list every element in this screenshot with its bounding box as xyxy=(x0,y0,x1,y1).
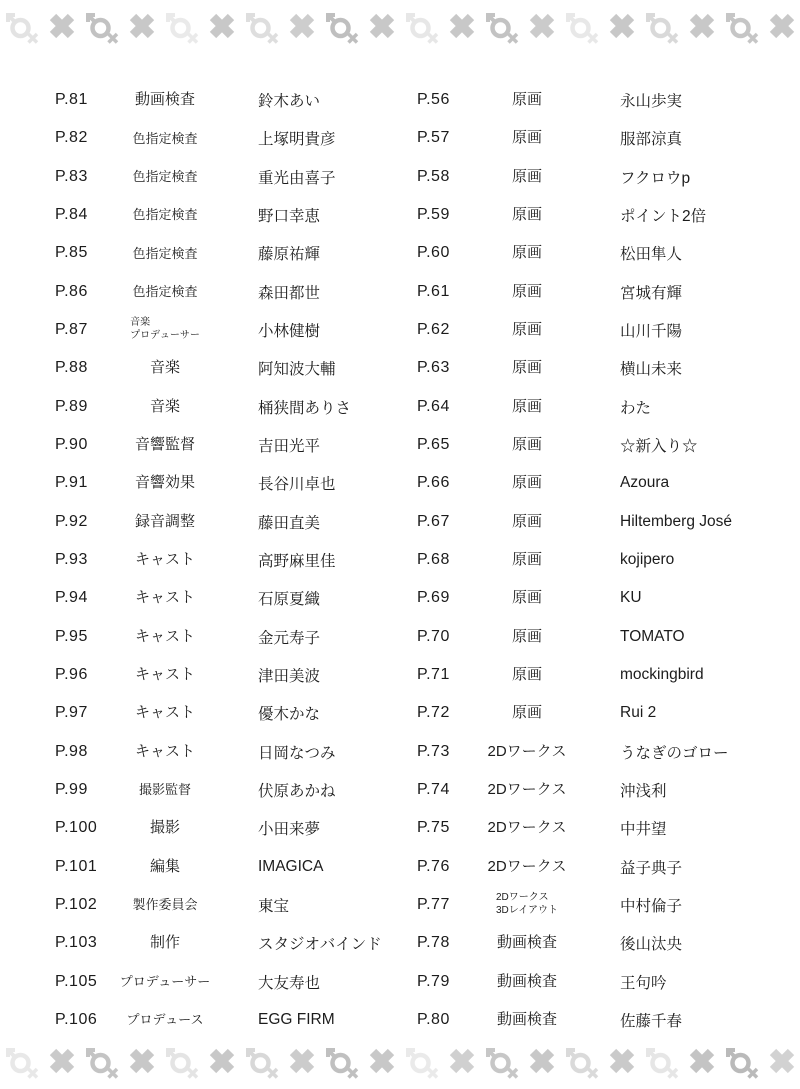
role-label: 編集 xyxy=(150,858,180,876)
role-cell: 音楽 xyxy=(117,398,213,416)
gender-symbol-icon xyxy=(2,5,42,47)
gender-symbol-icon xyxy=(402,5,442,47)
role-cell: 原画 xyxy=(479,666,575,684)
role-label: 2Dワークス xyxy=(487,858,566,876)
role-label: 色指定検査 xyxy=(132,246,197,262)
page-number: P.100 xyxy=(55,819,117,837)
credit-row: P.101編集IMAGICA xyxy=(55,855,395,879)
role-label: プロデューサー xyxy=(120,974,211,990)
role-cell: キャスト xyxy=(117,743,213,761)
role-cell: 原画 xyxy=(479,283,575,301)
credit-row: P.106プロデュースEGG FIRM xyxy=(55,1008,395,1032)
role-cell: 原画 xyxy=(479,321,575,339)
credit-row: P.88音楽阿知波大輔 xyxy=(55,356,395,380)
credit-row: P.63原画横山未来 xyxy=(417,356,782,380)
role-cell: 色指定検査 xyxy=(117,246,213,262)
role-label: 2Dワークス xyxy=(487,743,566,761)
role-label: 制作 xyxy=(150,934,180,952)
credit-name: 森田都世 xyxy=(213,281,320,303)
role-label: 原画 xyxy=(512,168,542,186)
role-label: 原画 xyxy=(512,398,542,416)
credit-name: 山川千陽 xyxy=(575,319,682,341)
page-number: P.68 xyxy=(417,551,479,569)
gender-symbol-icon xyxy=(562,5,602,47)
credit-name: 長谷川卓也 xyxy=(213,472,336,494)
credit-name: わた xyxy=(575,396,651,418)
credit-row: P.102製作委員会東宝 xyxy=(55,893,395,917)
role-cell: 色指定検査 xyxy=(117,207,213,223)
page-number: P.59 xyxy=(417,206,479,224)
gender-symbol-icon xyxy=(242,5,282,47)
cross-icon xyxy=(122,1040,162,1082)
role-cell: 制作 xyxy=(117,934,213,952)
credit-name: 上塚明貴彦 xyxy=(213,127,336,149)
credit-row: P.67原画Hiltemberg José xyxy=(417,510,782,534)
cross-icon xyxy=(682,1040,722,1082)
role-cell: 色指定検査 xyxy=(117,169,213,185)
top-border xyxy=(2,5,800,47)
page-number: P.75 xyxy=(417,819,479,837)
page-number: P.83 xyxy=(55,168,117,186)
credit-row: P.85色指定検査藤原祐輝 xyxy=(55,241,395,265)
credit-name: ☆新入り☆ xyxy=(575,434,698,456)
credit-row: P.83色指定検査重光由喜子 xyxy=(55,165,395,189)
credit-row: P.98キャスト日岡なつみ xyxy=(55,740,395,764)
role-cell: キャスト xyxy=(117,589,213,607)
role-cell: 動画検査 xyxy=(479,934,575,952)
gender-symbol-icon xyxy=(322,5,362,47)
role-label: プロデュース xyxy=(127,1012,204,1028)
gender-symbol-icon xyxy=(322,1040,362,1082)
credit-name: 松田隼人 xyxy=(575,242,682,264)
page-number: P.79 xyxy=(417,973,479,991)
role-cell: 原画 xyxy=(479,704,575,722)
role-label: キャスト xyxy=(135,628,195,646)
credit-row: P.60原画松田隼人 xyxy=(417,241,782,265)
cross-icon xyxy=(122,5,162,47)
credit-name: 永山歩実 xyxy=(575,89,682,111)
page-number: P.87 xyxy=(55,321,117,339)
cross-icon xyxy=(42,1040,82,1082)
role-cell: キャスト xyxy=(117,666,213,684)
role-cell: 原画 xyxy=(479,91,575,109)
gender-symbol-icon xyxy=(722,1040,762,1082)
gender-symbol-icon xyxy=(2,1040,42,1082)
page-number: P.84 xyxy=(55,206,117,224)
role-cell: 録音調整 xyxy=(117,513,213,531)
credit-name: 小林健樹 xyxy=(213,319,320,341)
page-number: P.82 xyxy=(55,129,117,147)
cross-icon xyxy=(202,5,242,47)
cross-icon xyxy=(362,1040,402,1082)
credit-name: うなぎのゴロー xyxy=(575,741,729,763)
page-number: P.90 xyxy=(55,436,117,454)
page-number: P.77 xyxy=(417,896,479,914)
credit-name: 王句吟 xyxy=(575,971,667,993)
credit-name: kojipero xyxy=(575,551,674,569)
page-number: P.97 xyxy=(55,704,117,722)
page-number: P.93 xyxy=(55,551,117,569)
credits-column-right: P.56原画永山歩実P.57原画服部涼真P.58原画フクロウpP.59原画ポイン… xyxy=(417,88,782,1032)
role-label: 動画検査 xyxy=(497,973,557,991)
page-number: P.67 xyxy=(417,513,479,531)
cross-icon xyxy=(762,5,800,47)
credit-row: P.71原画mockingbird xyxy=(417,663,782,687)
gender-symbol-icon xyxy=(482,1040,522,1082)
role-label: 原画 xyxy=(512,283,542,301)
page-number: P.58 xyxy=(417,168,479,186)
role-label: 原画 xyxy=(512,359,542,377)
page-number: P.91 xyxy=(55,474,117,492)
credit-name: 日岡なつみ xyxy=(213,741,336,763)
credit-row: P.752Dワークス中井望 xyxy=(417,816,782,840)
credit-row: P.61原画宮城有輝 xyxy=(417,280,782,304)
page-number: P.95 xyxy=(55,628,117,646)
credit-name: 高野麻里佳 xyxy=(213,549,336,571)
credit-name: Hiltemberg José xyxy=(575,513,732,531)
credit-name: 益子典子 xyxy=(575,856,682,878)
cross-icon xyxy=(522,1040,562,1082)
role-cell: キャスト xyxy=(117,551,213,569)
credit-row: P.94キャスト石原夏織 xyxy=(55,586,395,610)
credit-name: 藤原祐輝 xyxy=(213,242,320,264)
credit-row: P.762Dワークス益子典子 xyxy=(417,855,782,879)
credit-name: 吉田光平 xyxy=(213,434,320,456)
credit-row: P.72原画Rui 2 xyxy=(417,701,782,725)
credit-name: 沖浅利 xyxy=(575,779,667,801)
credit-row: P.93キャスト高野麻里佳 xyxy=(55,548,395,572)
role-label: 製作委員会 xyxy=(132,897,197,913)
credit-row: P.96キャスト津田美波 xyxy=(55,663,395,687)
role-cell: 音楽 xyxy=(117,359,213,377)
credit-row: P.742Dワークス沖浅利 xyxy=(417,778,782,802)
page-number: P.96 xyxy=(55,666,117,684)
credit-row: P.86色指定検査森田都世 xyxy=(55,280,395,304)
role-label: 原画 xyxy=(512,244,542,262)
cross-icon xyxy=(282,5,322,47)
credit-row: P.65原画☆新入り☆ xyxy=(417,433,782,457)
page-number: P.81 xyxy=(55,91,117,109)
credit-name: 藤田直美 xyxy=(213,511,320,533)
role-label: 色指定検査 xyxy=(132,284,197,300)
cross-icon xyxy=(762,1040,800,1082)
cross-icon xyxy=(442,1040,482,1082)
page-number: P.65 xyxy=(417,436,479,454)
credit-row: P.89音楽桶狭間ありさ xyxy=(55,395,395,419)
role-label: 原画 xyxy=(512,474,542,492)
page-number: P.86 xyxy=(55,283,117,301)
gender-symbol-icon xyxy=(82,5,122,47)
credit-name: 野口幸恵 xyxy=(213,204,320,226)
page-number: P.66 xyxy=(417,474,479,492)
page-number: P.72 xyxy=(417,704,479,722)
credit-name: 伏原あかね xyxy=(213,779,336,801)
credit-name: mockingbird xyxy=(575,666,704,684)
page-number: P.80 xyxy=(417,1011,479,1029)
role-cell: 原画 xyxy=(479,551,575,569)
credit-row: P.69原画KU xyxy=(417,586,782,610)
role-label: 原画 xyxy=(512,91,542,109)
page-number: P.56 xyxy=(417,91,479,109)
credit-name: 石原夏織 xyxy=(213,587,320,609)
credit-name: 鈴木あい xyxy=(213,89,320,111)
role-cell: 原画 xyxy=(479,359,575,377)
credit-name: 東宝 xyxy=(213,894,289,916)
page-number: P.61 xyxy=(417,283,479,301)
credit-row: P.105プロデューサー大友寿也 xyxy=(55,970,395,994)
credit-name: TOMATO xyxy=(575,628,685,646)
page-number: P.89 xyxy=(55,398,117,416)
role-cell: 音楽 プロデューサー xyxy=(117,317,213,342)
role-cell: 撮影監督 xyxy=(117,782,213,798)
page-number: P.92 xyxy=(55,513,117,531)
credit-name: 後山汰央 xyxy=(575,932,682,954)
credits-table: P.81動画検査鈴木あいP.82色指定検査上塚明貴彦P.83色指定検査重光由喜子… xyxy=(0,88,800,1032)
credit-name: 中井望 xyxy=(575,817,667,839)
credit-name: Rui 2 xyxy=(575,704,656,722)
credit-name: ポイント2倍 xyxy=(575,204,706,226)
page-number: P.74 xyxy=(417,781,479,799)
role-label: 原画 xyxy=(512,551,542,569)
role-cell: 音響監督 xyxy=(117,436,213,454)
credit-row: P.62原画山川千陽 xyxy=(417,318,782,342)
role-cell: 色指定検査 xyxy=(117,131,213,147)
gender-symbol-icon xyxy=(562,1040,602,1082)
credit-name: 佐藤千春 xyxy=(575,1009,682,1031)
credit-row: P.80動画検査佐藤千春 xyxy=(417,1008,782,1032)
credit-name: スタジオバインド xyxy=(213,932,382,954)
role-cell: 2Dワークス xyxy=(479,743,575,761)
credit-row: P.87音楽 プロデューサー小林健樹 xyxy=(55,318,395,342)
credit-row: P.99撮影監督伏原あかね xyxy=(55,778,395,802)
role-label: 原画 xyxy=(512,321,542,339)
page-number: P.57 xyxy=(417,129,479,147)
cross-icon xyxy=(362,5,402,47)
cross-icon xyxy=(682,5,722,47)
role-label: 動画検査 xyxy=(497,1011,557,1029)
credit-name: 金元寿子 xyxy=(213,626,320,648)
role-cell: 2Dワークス xyxy=(479,819,575,837)
role-label: 原画 xyxy=(512,666,542,684)
credit-name: EGG FIRM xyxy=(213,1011,335,1029)
role-label: 音楽 xyxy=(150,359,180,377)
page-number: P.78 xyxy=(417,934,479,952)
role-label: 原画 xyxy=(512,129,542,147)
credit-name: IMAGICA xyxy=(213,858,323,876)
role-cell: 原画 xyxy=(479,513,575,531)
credit-row: P.70原画TOMATO xyxy=(417,625,782,649)
role-label: 原画 xyxy=(512,589,542,607)
role-label: 原画 xyxy=(512,206,542,224)
role-cell: 2Dワークス xyxy=(479,781,575,799)
page-number: P.94 xyxy=(55,589,117,607)
role-cell: 原画 xyxy=(479,436,575,454)
role-label: 音楽 xyxy=(150,398,180,416)
role-label: 色指定検査 xyxy=(132,131,197,147)
cross-icon xyxy=(602,1040,642,1082)
role-cell: 原画 xyxy=(479,206,575,224)
role-cell: 撮影 xyxy=(117,819,213,837)
role-cell: 原画 xyxy=(479,129,575,147)
credit-name: 横山未来 xyxy=(575,357,682,379)
role-label: 動画検査 xyxy=(497,934,557,952)
role-label: 2Dワークス 3Dレイアウト xyxy=(496,892,558,917)
role-cell: 2Dワークス 3Dレイアウト xyxy=(479,892,575,917)
role-cell: キャスト xyxy=(117,704,213,722)
credit-name: 服部涼真 xyxy=(575,127,682,149)
role-cell: 原画 xyxy=(479,628,575,646)
cross-icon xyxy=(602,5,642,47)
gender-symbol-icon xyxy=(242,1040,282,1082)
credit-row: P.64原画わた xyxy=(417,395,782,419)
role-cell: 原画 xyxy=(479,474,575,492)
cross-icon xyxy=(282,1040,322,1082)
credits-column-left: P.81動画検査鈴木あいP.82色指定検査上塚明貴彦P.83色指定検査重光由喜子… xyxy=(55,88,395,1032)
page-number: P.103 xyxy=(55,934,117,952)
credit-name: 重光由喜子 xyxy=(213,166,336,188)
role-label: キャスト xyxy=(135,666,195,684)
cross-icon xyxy=(202,1040,242,1082)
role-label: 録音調整 xyxy=(135,513,195,531)
role-label: 色指定検査 xyxy=(132,169,197,185)
page-number: P.63 xyxy=(417,359,479,377)
credit-row: P.57原画服部涼真 xyxy=(417,126,782,150)
page-number: P.99 xyxy=(55,781,117,799)
bottom-border xyxy=(2,1040,800,1082)
page-number: P.102 xyxy=(55,896,117,914)
role-cell: 原画 xyxy=(479,589,575,607)
role-cell: プロデュース xyxy=(117,1012,213,1028)
role-label: 原画 xyxy=(512,704,542,722)
role-cell: プロデューサー xyxy=(117,974,213,990)
role-label: 音楽 プロデューサー xyxy=(130,317,200,342)
gender-symbol-icon xyxy=(162,5,202,47)
cross-icon xyxy=(42,5,82,47)
credit-row: P.732Dワークスうなぎのゴロー xyxy=(417,740,782,764)
role-label: キャスト xyxy=(135,551,195,569)
gender-symbol-icon xyxy=(82,1040,122,1082)
gender-symbol-icon xyxy=(722,5,762,47)
gender-symbol-icon xyxy=(162,1040,202,1082)
page-number: P.101 xyxy=(55,858,117,876)
credit-name: 桶狭間ありさ xyxy=(213,396,351,418)
page-number: P.64 xyxy=(417,398,479,416)
credit-row: P.68原画kojipero xyxy=(417,548,782,572)
credit-row: P.78動画検査後山汰央 xyxy=(417,931,782,955)
role-label: 音響効果 xyxy=(135,474,195,492)
credit-row: P.91音響効果長谷川卓也 xyxy=(55,471,395,495)
credit-row: P.81動画検査鈴木あい xyxy=(55,88,395,112)
role-label: 動画検査 xyxy=(135,91,195,109)
page-number: P.69 xyxy=(417,589,479,607)
credit-row: P.82色指定検査上塚明貴彦 xyxy=(55,126,395,150)
role-cell: 2Dワークス xyxy=(479,858,575,876)
credit-name: 優木かな xyxy=(213,702,320,724)
credit-row: P.84色指定検査野口幸恵 xyxy=(55,203,395,227)
role-cell: 原画 xyxy=(479,168,575,186)
credit-row: P.56原画永山歩実 xyxy=(417,88,782,112)
credit-row: P.103制作スタジオバインド xyxy=(55,931,395,955)
credit-name: 小田来夢 xyxy=(213,817,320,839)
role-label: 撮影 xyxy=(150,819,180,837)
cross-icon xyxy=(522,5,562,47)
role-label: キャスト xyxy=(135,589,195,607)
credit-row: P.79動画検査王句吟 xyxy=(417,970,782,994)
role-cell: 動画検査 xyxy=(479,1011,575,1029)
role-cell: 原画 xyxy=(479,398,575,416)
role-label: 原画 xyxy=(512,628,542,646)
credit-name: 大友寿也 xyxy=(213,971,320,993)
credit-name: 津田美波 xyxy=(213,664,320,686)
page-number: P.73 xyxy=(417,743,479,761)
gender-symbol-icon xyxy=(642,5,682,47)
credit-row: P.100撮影小田来夢 xyxy=(55,816,395,840)
page-number: P.85 xyxy=(55,244,117,262)
role-cell: 色指定検査 xyxy=(117,284,213,300)
page-number: P.70 xyxy=(417,628,479,646)
role-label: 音響監督 xyxy=(135,436,195,454)
role-cell: 製作委員会 xyxy=(117,897,213,913)
page-number: P.76 xyxy=(417,858,479,876)
role-label: キャスト xyxy=(135,743,195,761)
role-label: 色指定検査 xyxy=(132,207,197,223)
gender-symbol-icon xyxy=(482,5,522,47)
credit-row: P.90音響監督吉田光平 xyxy=(55,433,395,457)
role-cell: 動画検査 xyxy=(117,91,213,109)
page-number: P.71 xyxy=(417,666,479,684)
credit-name: Azoura xyxy=(575,474,669,492)
credit-row: P.95キャスト金元寿子 xyxy=(55,625,395,649)
page-number: P.105 xyxy=(55,973,117,991)
role-cell: 原画 xyxy=(479,244,575,262)
role-label: 原画 xyxy=(512,513,542,531)
credit-name: 中村倫子 xyxy=(575,894,682,916)
role-cell: 動画検査 xyxy=(479,973,575,991)
credit-row: P.97キャスト優木かな xyxy=(55,701,395,725)
credit-row: P.772Dワークス 3Dレイアウト中村倫子 xyxy=(417,893,782,917)
credit-name: 阿知波大輔 xyxy=(213,357,336,379)
credit-row: P.58原画フクロウp xyxy=(417,165,782,189)
page-number: P.106 xyxy=(55,1011,117,1029)
gender-symbol-icon xyxy=(642,1040,682,1082)
role-cell: 音響効果 xyxy=(117,474,213,492)
page-number: P.98 xyxy=(55,743,117,761)
page-number: P.88 xyxy=(55,359,117,377)
credit-name: KU xyxy=(575,589,642,607)
role-label: 2Dワークス xyxy=(487,781,566,799)
credit-name: フクロウp xyxy=(575,166,690,188)
credit-name: 宮城有輝 xyxy=(575,281,682,303)
page-number: P.60 xyxy=(417,244,479,262)
credit-row: P.59原画ポイント2倍 xyxy=(417,203,782,227)
page-number: P.62 xyxy=(417,321,479,339)
cross-icon xyxy=(442,5,482,47)
role-label: 2Dワークス xyxy=(487,819,566,837)
gender-symbol-icon xyxy=(402,1040,442,1082)
role-label: 原画 xyxy=(512,436,542,454)
role-label: キャスト xyxy=(135,704,195,722)
credit-row: P.66原画Azoura xyxy=(417,471,782,495)
credit-row: P.92録音調整藤田直美 xyxy=(55,510,395,534)
role-cell: 編集 xyxy=(117,858,213,876)
role-cell: キャスト xyxy=(117,628,213,646)
role-label: 撮影監督 xyxy=(139,782,191,798)
